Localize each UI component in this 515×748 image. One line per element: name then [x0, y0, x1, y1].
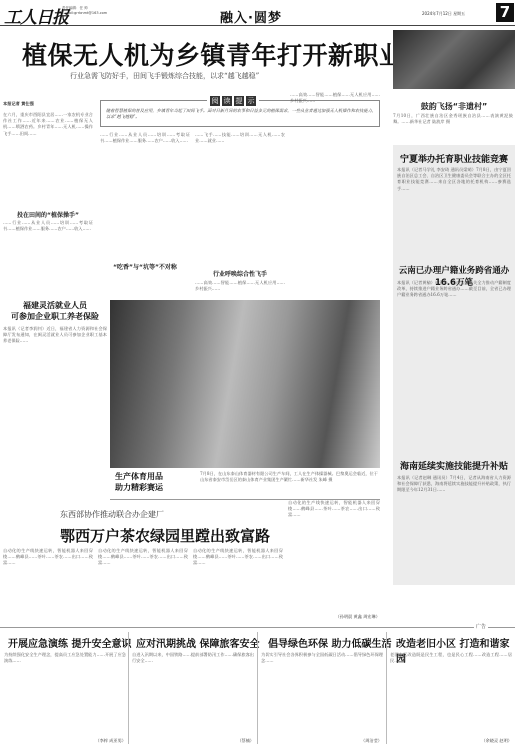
lead-column-2: ……行业……从业人员……培训……考取证书……植保作业……服务……农户……收入……	[100, 132, 190, 258]
article-title-fujian-line2: 可参加企业职工养老保险	[3, 311, 107, 322]
lead-subhead-3: 行业呼唤综合性飞手	[195, 269, 285, 278]
column-divider	[257, 632, 258, 744]
photo-caption-text: 7月10日，广西壮族自治区金秀瑶族自治县……表演黄泥鼓舞。……新华社记者 陆波岸…	[393, 113, 513, 139]
lead-column-1: 在六月，重庆市酉阳县宜居……一家农机专业合作社工作……近年来……农业……植保无人…	[3, 112, 93, 208]
lead-subhead-1: 投在田间的“植保操手”	[3, 210, 93, 219]
factory-caption-line2: 助力精彩赛运	[115, 482, 163, 493]
lead-headline: 植保无人机为乡镇青年打开新职业大门	[22, 36, 456, 72]
column-divider	[386, 632, 387, 744]
editor-email: E-mail:grrbnmt@163.com	[62, 11, 107, 16]
ad-byline-4: （余晓灵 赵明）	[470, 738, 512, 744]
article-title-ningxia: 宁夏举办托育职业技能竞赛	[393, 152, 515, 165]
reading-tip-char: 读	[222, 96, 232, 106]
article-title-fujian-line1: 福建灵活就业人员	[3, 300, 107, 311]
ad-byline-3: （周洁莹）	[348, 738, 382, 744]
tea-byline: （孙明晨 黄鑫 周宏琳）	[318, 614, 380, 620]
ad-byline-2: （蔡楠）	[226, 738, 254, 744]
ad-body-4: 老旧小区改造既是民生工程，也是民心工程……改造工程……居民……	[390, 652, 512, 742]
tea-headline: 鄂西万户茶农绿园里蹚出致富路	[60, 525, 270, 546]
tea-column-2: 自动化的生产线快速运转，智能机器人来回穿梭……鹤峰县……茶叶……茶农……出口………	[98, 548, 188, 620]
reading-tip-char: 阅	[210, 96, 220, 106]
ad-title-1: 开展应急演练 提升安全意识	[8, 635, 131, 650]
tea-column-1: 自动化的生产线快速运转，智能机器人来回穿梭……鹤峰县……茶叶……茶农……出口………	[3, 548, 93, 620]
reading-tip-label: 阅 读 提 示	[207, 96, 259, 106]
factory-caption-line1: 生产体育用品	[115, 471, 163, 482]
ad-label: 广告	[474, 623, 488, 630]
lead-column-3b: ……高效……智能……植保……无人机应用……乡村振兴……	[195, 280, 285, 294]
reading-tip-char: 示	[246, 96, 256, 106]
tea-kicker: 东西部协作推动联合办企建厂	[60, 509, 164, 520]
factory-worker-photo	[110, 300, 380, 468]
factory-caption-title: 生产体育用品 助力精彩赛运	[115, 471, 163, 493]
lead-subhead: 行业急需飞防好手，田间飞手锻炼综合技能，以求“越飞越稳”	[70, 71, 259, 81]
lead-column-1b: ……行业……从业人员……培训……考取证书……植保作业……服务……农户……收入……	[3, 220, 93, 300]
photo-caption-title: 鼓韵飞扬“非遗村”	[393, 101, 515, 112]
article-body-yunnan: 本报讯（记者黄榆）近年来，云南公安机关全力推动户籍制度改革，持续推进户籍业务跨省…	[397, 280, 511, 458]
ad-body-1: 为持续强化安全生产理念，提高员工应急处置能力……开展了应急演练……	[4, 652, 126, 742]
ad-title-2: 应对汛期挑战 保障旅客安全	[136, 635, 259, 650]
article-body-hainan: 本报讯（记者赵琳 通讯员）7月4日，记者从海南省人力资源和社会保障厅获悉，海南将…	[397, 475, 511, 581]
ad-body-3: 为切实引导社会各界积极参与全国低碳日活动……倡导绿色环保理念……	[261, 652, 383, 742]
ad-byline-1: （李梓 成亚男）	[90, 738, 126, 744]
reading-tip-char: 提	[234, 96, 244, 106]
tea-column-4: 自动化的生产线快速运转，智能机器人来回穿梭……鹤峰县……茶叶……茶农……出口………	[288, 500, 380, 620]
lead-column-4: ……高效……智能……植保……无人机应用……乡村振兴……	[290, 92, 380, 292]
issue-date: 2024年7月12日 星期五	[422, 11, 465, 17]
lead-byline: 本报记者 黄仕强	[3, 101, 93, 107]
ad-title-3: 倡导绿色环保 助力低碳生活	[268, 635, 391, 650]
drum-performers-photo	[393, 30, 515, 89]
article-body-ningxia: 本报讯（记者马学礼 李安琦 通讯员梁萌）7月8日，由宁夏回族自治区总工会、自治区…	[397, 167, 511, 261]
lead-column-3: ……飞手……技能……培训……无人机……农业……就业……	[195, 132, 285, 262]
section-title: 融入·圆梦	[220, 7, 282, 26]
article-body-fujian: 本报讯（记者李润钊）近日，福建省人力资源和社会保障厅发布通知，在闽灵活就业人员可…	[3, 326, 107, 500]
tea-column-3: 自动化的生产线快速运转，智能机器人来回穿梭……鹤峰县……茶叶……茶农……出口………	[193, 548, 283, 620]
ad-body-2: 自进入汛期以来，中国铁路……提前部署防汛工作……确保旅客出行安全……	[132, 652, 254, 742]
page-number-badge: 7	[496, 3, 514, 22]
article-title-fujian: 福建灵活就业人员 可参加企业职工养老保险	[3, 300, 107, 322]
column-divider	[128, 632, 129, 744]
lead-subhead-2: “吃香”与“坑等”不对称	[100, 262, 190, 271]
article-title-hainan: 海南延续实施技能提升补贴	[393, 459, 515, 472]
factory-caption-text: 7月8日，在山东泰山体育器材有限公司生产车间，工人在生产体操器械。巴黎奥运会临近…	[200, 471, 378, 497]
masthead-divider	[0, 25, 515, 26]
ad-divider	[0, 627, 515, 628]
editor-info: 责任编辑：任 帅 E-mail:grrbnmt@163.com	[62, 6, 107, 15]
